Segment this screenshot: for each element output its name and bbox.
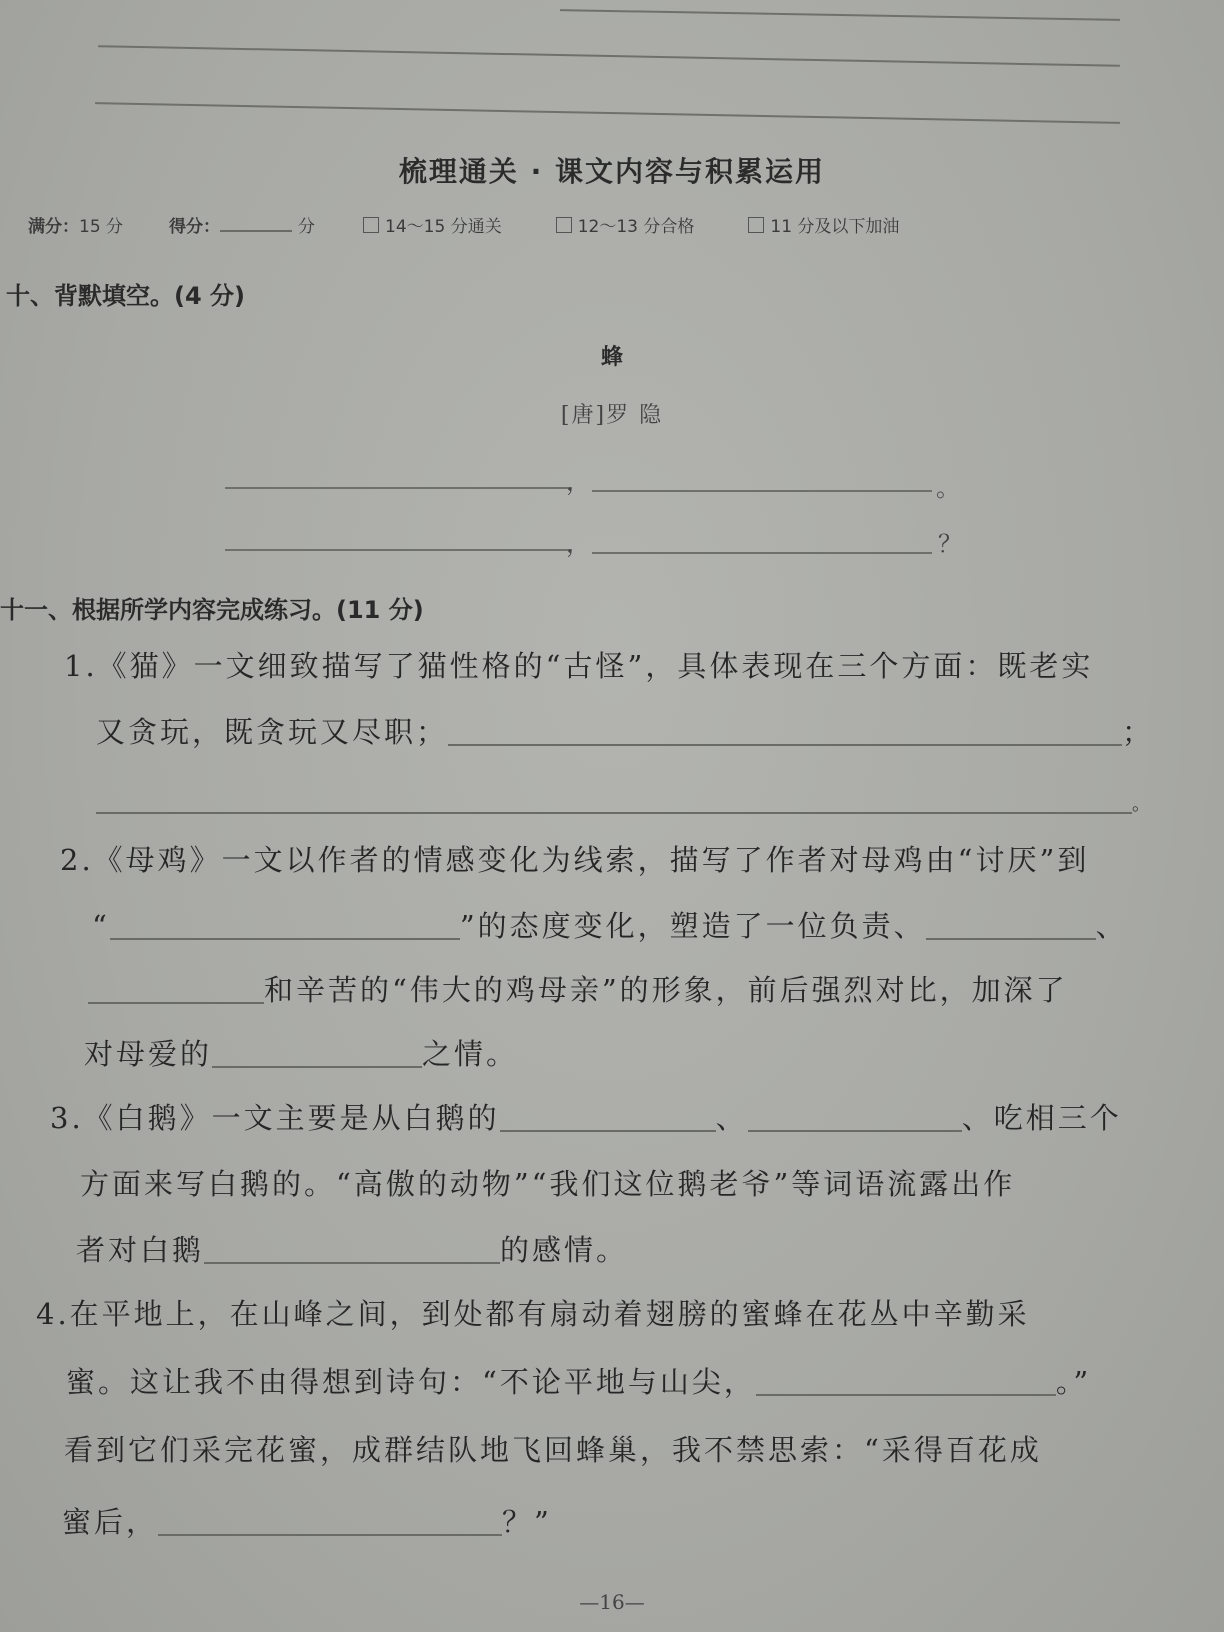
answer-blank[interactable] (448, 718, 1122, 746)
answer-blank[interactable] (212, 1040, 422, 1068)
question-4-line: 蜜后，？” (62, 1508, 552, 1537)
poem-author: [唐]罗 隐 (0, 398, 1224, 429)
answer-blank[interactable] (158, 1508, 502, 1536)
score-label: 得分： (169, 212, 220, 237)
answer-blank[interactable] (204, 1236, 500, 1264)
question-2-line: 2.《母鸡》一文以作者的情感变化为线索，描写了作者对母鸡由“讨厌”到 (60, 846, 1089, 875)
answer-blank[interactable] (748, 1104, 962, 1132)
level-option-try-harder[interactable]: 11 分及以下加油 (748, 212, 899, 237)
answer-blank[interactable] (96, 786, 1132, 814)
poem-blank[interactable] (592, 490, 932, 492)
answer-blank[interactable] (926, 912, 1096, 940)
answer-blank[interactable] (88, 976, 264, 1004)
question-4-line: 蜜。这让我不由得想到诗句：“不论平地与山尖，。” (66, 1368, 1091, 1397)
section-heading: 十一、根据所学内容完成练习。(11 分) (0, 590, 424, 625)
section-heading: 十、背默填空。(4 分) (6, 276, 245, 311)
punctuation: ， (566, 462, 590, 497)
question-2-line: “”的态度变化，塑造了一位负责、、 (92, 912, 1128, 941)
question-2-line: 和辛苦的“伟大的鸡母亲”的形象，前后强烈对比，加深了 (88, 976, 1068, 1005)
score-input[interactable] (220, 229, 292, 232)
poem-blank[interactable] (225, 549, 572, 551)
question-2-line: 对母爱的之情。 (84, 1040, 518, 1069)
full-score-label: 满分 (28, 212, 62, 237)
page-title: 梳理通关 · 课文内容与积累运用 (0, 150, 1224, 190)
answer-line[interactable] (95, 102, 1120, 124)
full-score-value: 15 分 (79, 212, 123, 237)
question-1-line: 。 (96, 786, 1153, 815)
question-3-line: 3.《白鹅》一文主要是从白鹅的、、吃相三个 (50, 1104, 1122, 1133)
punctuation: 。 (936, 468, 960, 503)
question-4-line: 4.在平地上，在山峰之间，到处都有扇动着翅膀的蜜蜂在花丛中辛勤采 (36, 1300, 1030, 1329)
poem-blank[interactable] (225, 487, 572, 489)
answer-blank[interactable] (756, 1368, 1056, 1396)
punctuation: ？ (938, 524, 962, 559)
page-number: —16— (0, 1590, 1224, 1614)
score-unit: 分 (298, 212, 315, 237)
checkbox[interactable] (363, 217, 379, 233)
level-option-pass[interactable]: 14～15 分通关 (363, 212, 502, 237)
answer-line[interactable] (98, 45, 1120, 67)
punctuation: ， (566, 524, 590, 559)
level-option-qualified[interactable]: 12～13 分合格 (556, 212, 695, 237)
poem-title: 蜂 (0, 340, 1224, 371)
question-3-line: 方面来写白鹅的。“高傲的动物”“我们这位鹅老爷”等词语流露出作 (80, 1170, 1015, 1199)
score-bar: 满分： 15 分 得分： 分 14～15 分通关 12～13 分合格 11 分及… (28, 212, 1224, 237)
checkbox[interactable] (556, 217, 572, 233)
answer-blank[interactable] (110, 912, 460, 940)
checkbox[interactable] (748, 217, 764, 233)
question-3-line: 者对白鹅的感情。 (76, 1236, 628, 1265)
question-1-line: 1.《猫》一文细致描写了猫性格的“古怪”，具体表现在三个方面：既老实 (64, 652, 1093, 681)
question-1-line: 又贪玩，既贪玩又尽职；； (96, 718, 1154, 747)
poem-blank[interactable] (592, 552, 932, 554)
question-4-line: 看到它们采完花蜜，成群结队地飞回蜂巢，我不禁思索：“采得百花成 (64, 1436, 1042, 1465)
answer-line[interactable] (560, 9, 1120, 21)
answer-blank[interactable] (500, 1104, 716, 1132)
